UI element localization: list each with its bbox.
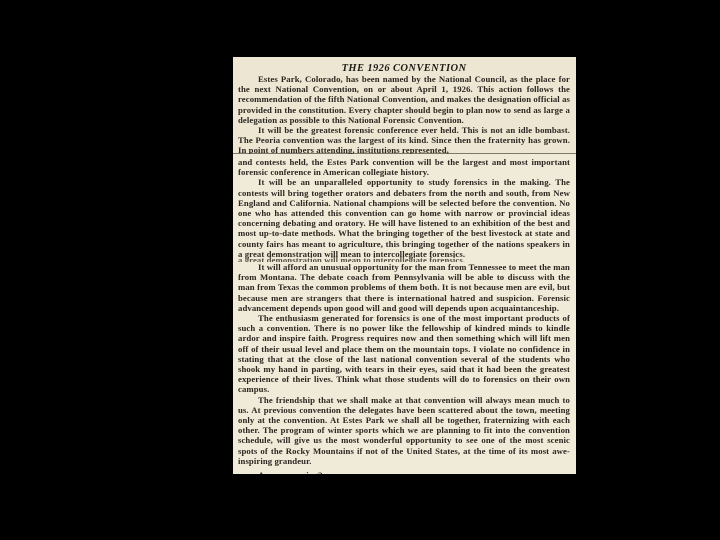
paragraph-friendship: The friendship that we shall make at tha… [238, 395, 570, 466]
top-clipping-content: THE 1926 CONVENTION Estes Park, Colorado… [238, 57, 570, 156]
paragraph-continuation: and contests held, the Estes Park conven… [238, 157, 570, 177]
paragraph-enthusiasm: The enthusiasm generated for forensics i… [238, 313, 570, 395]
paragraph-intro: Estes Park, Colorado, has been named by … [238, 74, 570, 125]
duplicated-print-line: a great demonstration will mean to inter… [238, 256, 570, 262]
closing-question: Are you coming? [238, 470, 570, 474]
paragraph-unusual-opportunity: It will afford an unusual opportunity fo… [238, 262, 570, 313]
slide-background: THE 1926 CONVENTION Estes Park, Colorado… [0, 0, 720, 540]
document-title: THE 1926 CONVENTION [238, 63, 570, 74]
top-clipping: THE 1926 CONVENTION Estes Park, Colorado… [233, 57, 576, 154]
bottom-paragraphs: and contests held, the Estes Park conven… [238, 157, 570, 474]
scanned-document-page: THE 1926 CONVENTION Estes Park, Colorado… [233, 57, 576, 474]
paragraph-greatest-conference: It will be the greatest forensic confere… [238, 125, 570, 156]
paragraph-unparalleled-opportunity: It will be an unparalleled opportunity t… [238, 177, 570, 259]
bottom-clipping-content: and contests held, the Estes Park conven… [238, 157, 570, 474]
top-paragraphs: Estes Park, Colorado, has been named by … [238, 74, 570, 156]
bottom-clipping: and contests held, the Estes Park conven… [233, 154, 576, 474]
